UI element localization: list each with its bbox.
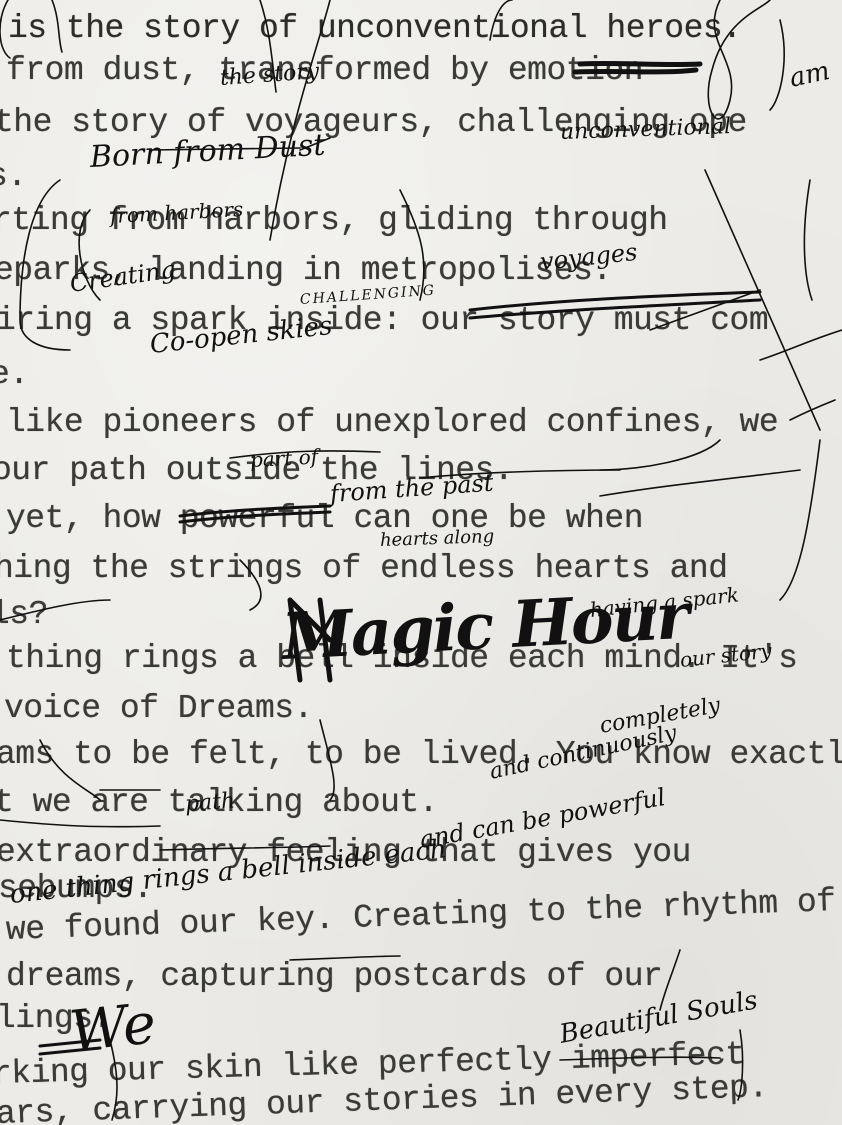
typed-line: iring a spark inside: our story must com [0,302,768,339]
fabric-photo: is the story of unconventional heroes. f… [0,0,842,1125]
typed-line: rting from harbors, gliding through [0,202,668,239]
typed-line: from dust, transformed by emotion [6,52,643,89]
handwritten-note: part of [249,444,318,472]
handwritten-note: We [67,991,159,1065]
handwritten-note: hearts along [380,526,495,551]
typed-line: is the story of unconventional heroes. [8,10,742,47]
typed-line: ls? [0,596,48,633]
typed-line: dreams, capturing postcards of our [6,958,662,995]
typed-line: yet, how powerful can one be when [6,500,643,537]
typed-line: like pioneers of unexplored confines, we [6,404,778,441]
typed-line: s. [0,158,27,195]
handwritten-note: voyages [539,238,639,276]
typed-line: ams to be felt, to be lived. You know ex… [0,736,842,773]
typed-line: e. [0,356,29,393]
handwritten-note: am [787,56,833,94]
typed-line: voice of Dreams. [4,690,313,727]
handwritten-note: path [184,789,236,817]
